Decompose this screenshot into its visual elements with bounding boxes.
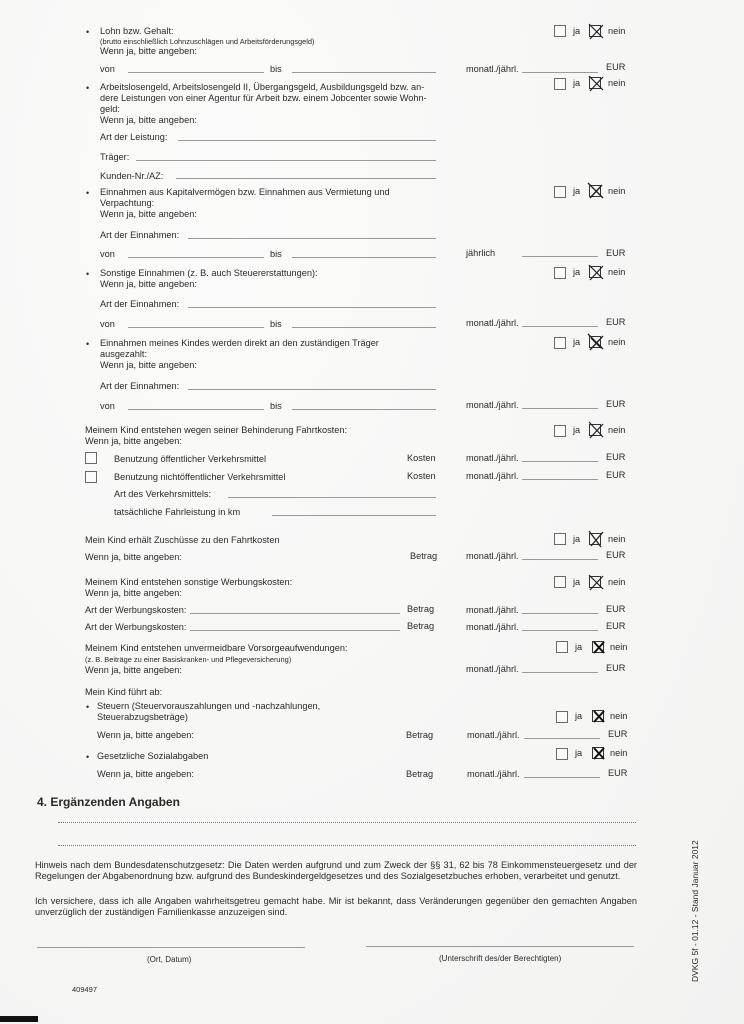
kapital-period: jährlich: [466, 248, 495, 259]
unterschrift-label: (Unterschrift des/der Berechtigten): [439, 954, 561, 963]
steuern-amount-field[interactable]: [524, 738, 600, 739]
zuschuesse-nein-checkbox-checked[interactable]: [589, 533, 601, 545]
nichtoeffentlich-currency: EUR: [606, 470, 625, 481]
steuern-title-2: Steuerabzugsbeträge): [97, 712, 188, 723]
sozial-betrag-label: Betrag: [406, 769, 433, 780]
direkt-art-label: Art der Einnahmen:: [100, 381, 179, 392]
sonstige-bis-label: bis: [270, 319, 282, 330]
werbung-ja-label: ja: [573, 577, 580, 588]
werbung-amount-field-2[interactable]: [522, 630, 598, 631]
sonstige-amount-field[interactable]: [522, 326, 598, 327]
kapital-art-field[interactable]: [188, 238, 436, 239]
fahrtkosten-title: Meinem Kind entstehen wegen seiner Behin…: [85, 425, 347, 436]
sozial-nein-label: nein: [610, 748, 627, 759]
section4-heading: 4. Ergänzenden Angaben: [37, 795, 180, 809]
zuschuesse-ja-checkbox[interactable]: [554, 533, 566, 545]
sozial-ja-label: ja: [575, 748, 582, 759]
lohn-bis-label: bis: [270, 64, 282, 75]
alg-nein-label: nein: [608, 78, 625, 89]
alg-kunden-label: Kunden-Nr./AZ:: [100, 171, 163, 182]
vorsorge-period: monatl./jährl.: [466, 664, 519, 675]
werbung-art-field-2[interactable]: [190, 630, 400, 631]
werbung-nein-label: nein: [608, 577, 625, 588]
unterschrift-field[interactable]: [366, 946, 634, 947]
kapital-title-1: Einnahmen aus Kapitalvermögen bzw. Einna…: [100, 187, 390, 198]
lohn-nein-label: nein: [608, 26, 625, 37]
ergaenzend-field-1[interactable]: [58, 822, 636, 823]
direkt-bis-field[interactable]: [292, 409, 436, 410]
vorsorge-ja-checkbox[interactable]: [556, 641, 568, 653]
fahrtkosten-ja-checkbox[interactable]: [554, 425, 566, 437]
nichtoeffentlich-amount-field[interactable]: [522, 479, 598, 480]
alg-title-1: Arbeitslosengeld, Arbeitslosengeld II, Ü…: [100, 82, 424, 93]
alg-ja-label: ja: [573, 78, 580, 89]
form-page: • Lohn bzw. Gehalt: (brutto einschließli…: [0, 0, 744, 1024]
zuschuesse-period: monatl./jährl.: [466, 551, 519, 562]
sonstige-art-label: Art der Einnahmen:: [100, 299, 179, 310]
direkt-title-1: Einnahmen meines Kindes werden direkt an…: [100, 338, 379, 349]
datenschutz-notice: Hinweis nach dem Bundesdatenschutzgesetz…: [35, 860, 637, 882]
kapital-nein-checkbox-checked[interactable]: [589, 185, 601, 197]
steuern-ja-label: ja: [575, 711, 582, 722]
vorsorge-ja-label: ja: [575, 642, 582, 653]
bullet: •: [86, 27, 89, 37]
direkt-ja-checkbox[interactable]: [554, 337, 566, 349]
sonstige-nein-checkbox-checked[interactable]: [589, 266, 601, 278]
kapital-title-2: Verpachtung:: [100, 198, 154, 209]
steuern-ja-checkbox[interactable]: [556, 711, 568, 723]
werbung-art-label-1: Art der Werbungskosten:: [85, 605, 186, 616]
steuern-title-1: Steuern (Steuervorauszahlungen und -nach…: [97, 701, 320, 712]
sonstige-von-field[interactable]: [128, 327, 264, 328]
sonstige-art-field[interactable]: [188, 307, 436, 308]
form-version-label: DVKG 5f - 01.12 - Stand Januar 2012: [690, 840, 700, 982]
ergaenzend-field-2[interactable]: [58, 845, 636, 846]
verkehrsmittel-art-field[interactable]: [228, 497, 436, 498]
oeffentlich-period: monatl./jährl.: [466, 453, 519, 464]
verkehrsmittel-art-label: Art des Verkehrsmittels:: [114, 489, 211, 500]
lohn-von-label: von: [100, 64, 115, 75]
sonstige-currency: EUR: [606, 317, 625, 328]
direkt-period: monatl./jährl.: [466, 400, 519, 411]
abfuehrung-title: Mein Kind führt ab:: [85, 687, 162, 698]
direkt-currency: EUR: [606, 399, 625, 410]
sozial-wenn-ja: Wenn ja, bitte angeben:: [97, 769, 194, 780]
lohn-amount-field[interactable]: [522, 72, 598, 73]
steuern-wenn-ja: Wenn ja, bitte angeben:: [97, 730, 194, 741]
direkt-art-field[interactable]: [188, 389, 436, 390]
kapital-ja-checkbox[interactable]: [554, 186, 566, 198]
kapital-art-label: Art der Einnahmen:: [100, 230, 179, 241]
werbung-period-1: monatl./jährl.: [466, 605, 519, 616]
sonstige-title: Sonstige Einnahmen (z. B. auch Steuerers…: [100, 268, 318, 279]
fahrtkosten-nein-checkbox-checked[interactable]: [589, 424, 601, 436]
bullet: •: [86, 83, 89, 93]
fahrtkosten-nein-label: nein: [608, 425, 625, 436]
sozial-currency: EUR: [608, 768, 627, 779]
direkt-title-2: ausgezahlt:: [100, 349, 147, 360]
bullet: •: [86, 752, 89, 762]
direkt-von-label: von: [100, 401, 115, 412]
werbung-title: Meinem Kind entstehen sonstige Werbungsk…: [85, 577, 292, 588]
alg-art-label: Art der Leistung:: [100, 132, 167, 143]
alg-traeger-field[interactable]: [136, 160, 436, 161]
sonstige-ja-checkbox[interactable]: [554, 267, 566, 279]
werbung-nein-checkbox-checked[interactable]: [589, 576, 601, 588]
bullet: •: [86, 702, 89, 712]
alg-kunden-field[interactable]: [176, 178, 436, 179]
ort-datum-field[interactable]: [37, 947, 305, 948]
steuern-currency: EUR: [608, 729, 627, 740]
direkt-nein-label: nein: [608, 337, 625, 348]
kapital-von-label: von: [100, 249, 115, 260]
werbung-betrag-label-1: Betrag: [407, 604, 434, 615]
lohn-ja-checkbox[interactable]: [554, 25, 566, 37]
kapital-amount-field[interactable]: [522, 256, 598, 257]
sonstige-nein-label: nein: [608, 267, 625, 278]
sonstige-wenn-ja: Wenn ja, bitte angeben:: [100, 279, 197, 290]
versicherung-statement: Ich versichere, dass ich alle Angaben wa…: [35, 896, 637, 918]
vorsorge-currency: EUR: [606, 663, 625, 674]
oeffentlich-amount-field[interactable]: [522, 461, 598, 462]
nichtoeffentlich-kosten-label: Kosten: [407, 471, 436, 482]
sozial-period: monatl./jährl.: [467, 769, 520, 780]
alg-ja-checkbox[interactable]: [554, 78, 566, 90]
kapital-bis-label: bis: [270, 249, 282, 260]
form-number: 409497: [72, 985, 97, 994]
lohn-title: Lohn bzw. Gehalt:: [100, 26, 174, 37]
oeffentlich-kosten-label: Kosten: [407, 453, 436, 464]
werbung-art-label-2: Art der Werbungskosten:: [85, 622, 186, 633]
werbung-wenn-ja: Wenn ja, bitte angeben:: [85, 588, 182, 599]
fahrtkosten-ja-label: ja: [573, 425, 580, 436]
zuschuesse-amount-field[interactable]: [522, 559, 598, 560]
kapital-currency: EUR: [606, 248, 625, 259]
steuern-period: monatl./jährl.: [467, 730, 520, 741]
alg-nein-checkbox-checked[interactable]: [589, 77, 601, 89]
bullet: •: [86, 339, 89, 349]
zuschuesse-nein-label: nein: [608, 534, 625, 545]
werbung-currency-1: EUR: [606, 604, 625, 615]
alg-title-3: geld:: [100, 104, 120, 115]
lohn-bis-field[interactable]: [292, 72, 436, 73]
sonstige-period: monatl./jährl.: [466, 318, 519, 329]
vorsorge-nein-label: nein: [610, 642, 627, 653]
werbung-ja-checkbox[interactable]: [554, 576, 566, 588]
direkt-amount-field[interactable]: [522, 408, 598, 409]
zuschuesse-betrag-label: Betrag: [410, 551, 437, 562]
sonstige-ja-label: ja: [573, 267, 580, 278]
kapital-bis-field[interactable]: [292, 257, 436, 258]
ort-datum-label: (Ort, Datum): [147, 955, 191, 964]
nichtoeffentlich-checkbox[interactable]: [85, 471, 97, 483]
vorsorge-title: Meinem Kind entstehen unvermeidbare Vors…: [85, 643, 348, 654]
steuern-betrag-label: Betrag: [406, 730, 433, 741]
alg-wenn-ja: Wenn ja, bitte angeben:: [100, 115, 197, 126]
nichtoeffentlich-period: monatl./jährl.: [466, 471, 519, 482]
fahrtkosten-wenn-ja: Wenn ja, bitte angeben:: [85, 436, 182, 447]
lohn-nein-checkbox-checked[interactable]: [589, 25, 601, 37]
zuschuesse-ja-label: ja: [573, 534, 580, 545]
vorsorge-wenn-ja: Wenn ja, bitte angeben:: [85, 665, 182, 676]
sozial-title: Gesetzliche Sozialabgaben: [97, 751, 208, 762]
vorsorge-subtitle: (z. B. Beiträge zu einer Basiskranken- u…: [85, 655, 291, 664]
werbung-currency-2: EUR: [606, 621, 625, 632]
werbung-amount-field-1[interactable]: [522, 613, 598, 614]
alg-traeger-label: Träger:: [100, 152, 129, 163]
fahrleistung-label: tatsächliche Fahrleistung in km: [114, 507, 240, 518]
direkt-nein-checkbox-checked[interactable]: [589, 336, 601, 348]
zuschuesse-title: Mein Kind erhält Zuschüsse zu den Fahrtk…: [85, 535, 280, 546]
sozial-nein-checkbox-checked[interactable]: [592, 747, 604, 759]
kapital-ja-label: ja: [573, 186, 580, 197]
lohn-currency: EUR: [606, 62, 625, 73]
scan-edge-mark: [0, 1016, 38, 1022]
sozial-ja-checkbox[interactable]: [556, 748, 568, 760]
steuern-nein-label: nein: [610, 711, 627, 722]
oeffentlich-label: Benutzung öffentlicher Verkehrsmittel: [114, 454, 266, 465]
bullet: •: [86, 188, 89, 198]
direkt-bis-label: bis: [270, 401, 282, 412]
werbung-period-2: monatl./jährl.: [466, 622, 519, 633]
lohn-period: monatl./jährl.: [466, 64, 519, 75]
zuschuesse-wenn-ja: Wenn ja, bitte angeben:: [85, 552, 182, 563]
vorsorge-amount-field[interactable]: [522, 672, 598, 673]
werbung-betrag-label-2: Betrag: [407, 621, 434, 632]
kapital-wenn-ja: Wenn ja, bitte angeben:: [100, 209, 197, 220]
kapital-von-field[interactable]: [128, 257, 264, 258]
oeffentlich-checkbox[interactable]: [85, 452, 97, 464]
vorsorge-nein-checkbox-checked[interactable]: [592, 641, 604, 653]
alg-art-field[interactable]: [178, 140, 436, 141]
nichtoeffentlich-label: Benutzung nichtöffentlicher Verkehrsmitt…: [114, 472, 285, 483]
sonstige-von-label: von: [100, 319, 115, 330]
lohn-ja-label: ja: [573, 26, 580, 37]
lohn-subtitle: (brutto einschließlich Lohnzuschlägen un…: [100, 37, 314, 46]
direkt-wenn-ja: Wenn ja, bitte angeben:: [100, 360, 197, 371]
steuern-nein-checkbox-checked[interactable]: [592, 710, 604, 722]
sozial-amount-field[interactable]: [524, 777, 600, 778]
werbung-art-field-1[interactable]: [190, 613, 400, 614]
direkt-von-field[interactable]: [128, 409, 264, 410]
lohn-von-field[interactable]: [128, 72, 264, 73]
alg-title-2: dere Leistungen von einer Agentur für Ar…: [100, 93, 427, 104]
sonstige-bis-field[interactable]: [292, 327, 436, 328]
lohn-wenn-ja: Wenn ja, bitte angeben:: [100, 46, 197, 57]
kapital-nein-label: nein: [608, 186, 625, 197]
zuschuesse-currency: EUR: [606, 550, 625, 561]
bullet: •: [86, 269, 89, 279]
oeffentlich-currency: EUR: [606, 452, 625, 463]
fahrleistung-field[interactable]: [272, 515, 436, 516]
direkt-ja-label: ja: [573, 337, 580, 348]
